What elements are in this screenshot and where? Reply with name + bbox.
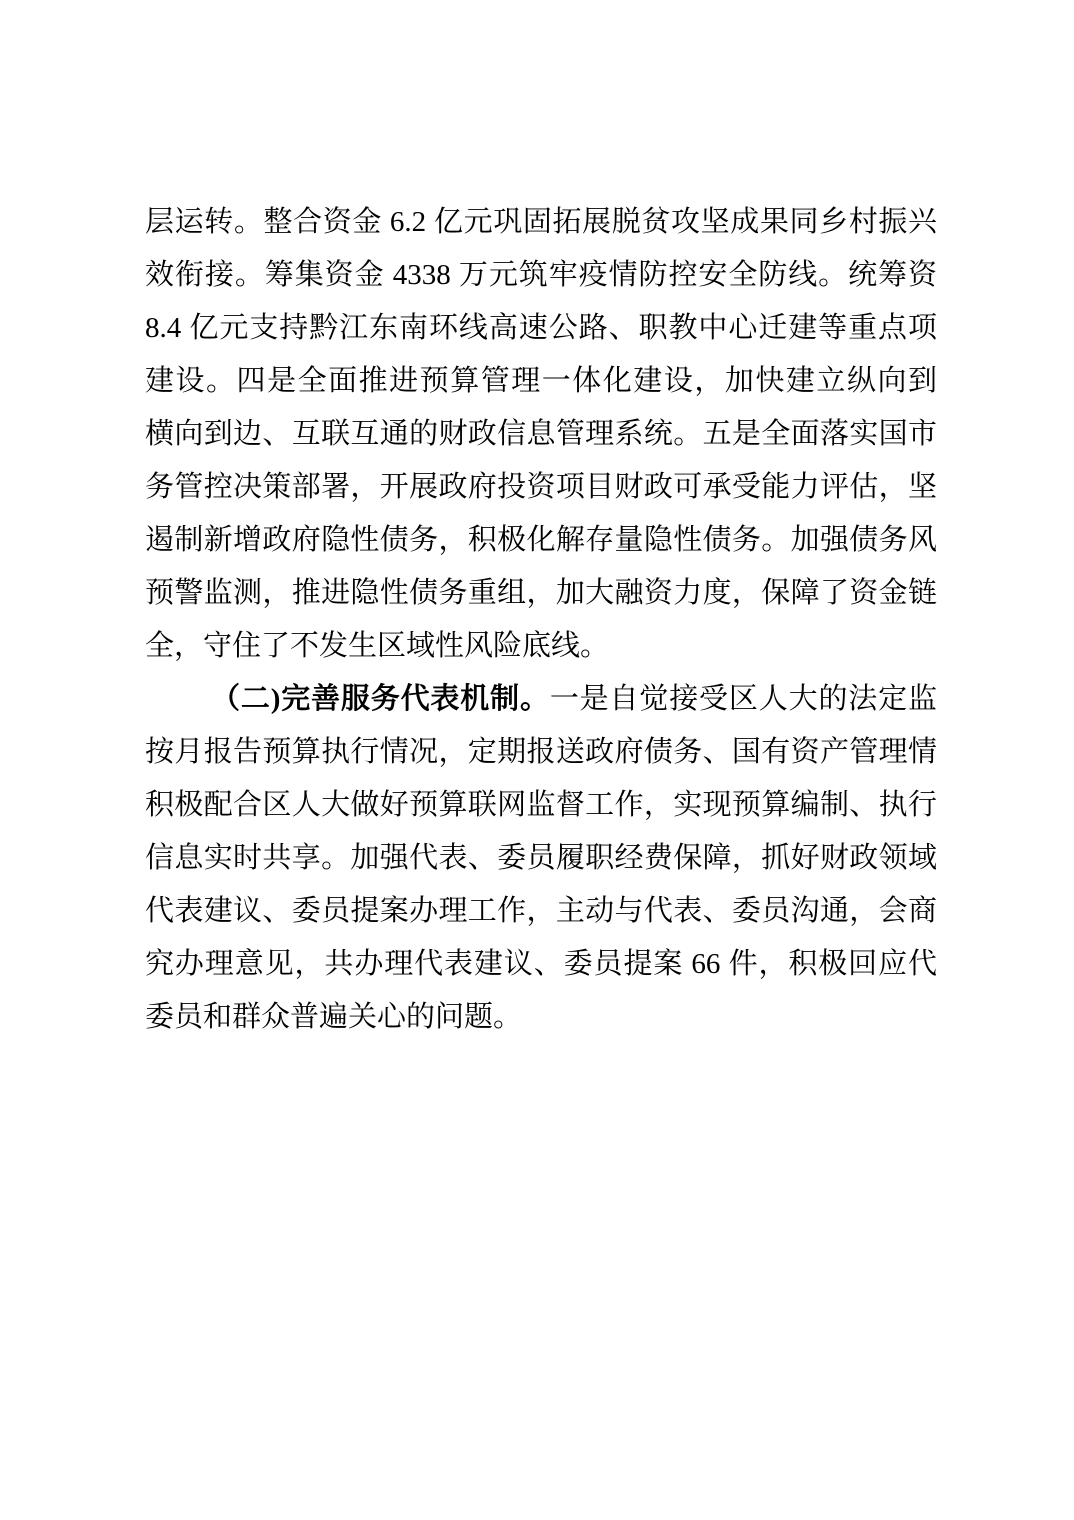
text-line: 全，守住了不发生区域性风险底线。 xyxy=(145,620,937,673)
paragraph-1: 层运转。整合资金 6.2 亿元巩固拓展脱贫攻坚成果同乡村振兴有 效衔接。筹集资金… xyxy=(145,196,937,673)
text-line: 层运转。整合资金 6.2 亿元巩固拓展脱贫攻坚成果同乡村振兴有 xyxy=(145,196,937,249)
text-line: 究办理意见，共办理代表建议、委员提案 66 件，积极回应代表 xyxy=(145,938,937,991)
text-line: 代表建议、委员提案办理工作，主动与代表、委员沟通，会商研 xyxy=(145,885,937,938)
text-line: 按月报告预算执行情况，定期报送政府债务、国有资产管理情况。 xyxy=(145,726,937,779)
text-line: 效衔接。筹集资金 4338 万元筑牢疫情防控安全防线。统筹资金 xyxy=(145,249,937,302)
text-line: 积极配合区人大做好预算联网监督工作，实现预算编制、执行等 xyxy=(145,779,937,832)
text-line: 遏制新增政府隐性债务，积极化解存量隐性债务。加强债务风险 xyxy=(145,514,937,567)
text-line: 信息实时共享。加强代表、委员履职经费保障，抓好财政领域的 xyxy=(145,832,937,885)
text-line: 建设。四是全面推进预算管理一体化建设，加快建立纵向到底、 xyxy=(145,355,937,408)
paragraph-2: （二)完善服务代表机制。一是自觉接受区人大的法定监督， 按月报告预算执行情况，定… xyxy=(145,673,937,1044)
text-line: 横向到边、互联互通的财政信息管理系统。五是全面落实国市债 xyxy=(145,408,937,461)
text-line: 8.4 亿元支持黔江东南环线高速公路、职教中心迁建等重点项目 xyxy=(145,302,937,355)
text-line: 预警监测，推进隐性债务重组，加大融资力度，保障了资金链安 xyxy=(145,567,937,620)
document-page: 层运转。整合资金 6.2 亿元巩固拓展脱贫攻坚成果同乡村振兴有 效衔接。筹集资金… xyxy=(0,0,1074,1520)
text-line: 委员和群众普遍关心的问题。 xyxy=(145,991,937,1044)
text-line: （二)完善服务代表机制。一是自觉接受区人大的法定监督， xyxy=(145,673,937,726)
text-block: 层运转。整合资金 6.2 亿元巩固拓展脱贫攻坚成果同乡村振兴有 效衔接。筹集资金… xyxy=(145,196,937,1044)
text-line: 务管控决策部署，开展政府投资项目财政可承受能力评估，坚决 xyxy=(145,461,937,514)
section-heading: （二)完善服务代表机制。 xyxy=(211,683,550,715)
